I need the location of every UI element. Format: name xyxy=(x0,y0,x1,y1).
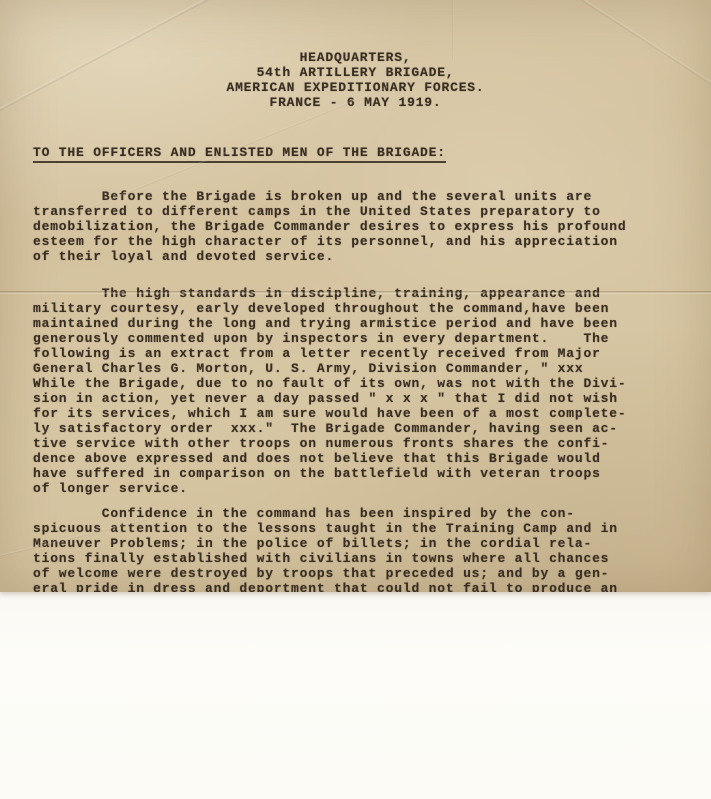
text-line: tive service with other troops on numero… xyxy=(33,436,711,451)
text-line: generously commented upon by inspectors … xyxy=(33,331,711,346)
text-line: military courtesy, early developed throu… xyxy=(33,301,711,316)
text-line: transferred to different camps in the Un… xyxy=(33,204,711,219)
letter-paper: HEADQUARTERS,54th ARTILLERY BRIGADE,AMER… xyxy=(0,0,711,592)
text-line: have suffered in comparison on the battl… xyxy=(33,466,711,481)
text-line: for its services, which I am sure would … xyxy=(33,406,711,421)
text-line: of longer service. xyxy=(33,481,711,496)
salutation-row: TO THE OFFICERS AND ENLISTED MEN OF THE … xyxy=(0,145,711,163)
text-line: The high standards in discipline, traini… xyxy=(33,286,711,301)
scanned-letter: HEADQUARTERS,54th ARTILLERY BRIGADE,AMER… xyxy=(0,0,711,799)
salutation: TO THE OFFICERS AND ENLISTED MEN OF THE … xyxy=(33,145,446,163)
text-line: tions finally established with civilians… xyxy=(33,551,711,566)
text-line: following is an extract from a letter re… xyxy=(33,346,711,361)
text-line: Before the Brigade is broken up and the … xyxy=(33,189,711,204)
text-line: ly satisfactory order xxx." The Brigade … xyxy=(33,421,711,436)
letterhead: HEADQUARTERS,54th ARTILLERY BRIGADE,AMER… xyxy=(0,0,711,110)
paragraph-3: Confidence in the command has been inspi… xyxy=(0,506,711,592)
text-line: Maneuver Problems; in the police of bill… xyxy=(33,536,711,551)
paragraph-1: Before the Brigade is broken up and the … xyxy=(0,189,711,264)
text-line: eral pride in dress and deportment that … xyxy=(33,581,711,592)
text-line: dence above expressed and does not belie… xyxy=(33,451,711,466)
text-line: esteem for the high character of its per… xyxy=(33,234,711,249)
text-line: FRANCE - 6 MAY 1919. xyxy=(0,95,711,110)
text-line: While the Brigade, due to no fault of it… xyxy=(33,376,711,391)
text-line: 54th ARTILLERY BRIGADE, xyxy=(0,65,711,80)
text-line: demobilization, the Brigade Commander de… xyxy=(33,219,711,234)
scanner-backing xyxy=(0,592,711,799)
paragraph-2: The high standards in discipline, traini… xyxy=(0,286,711,496)
text-line: General Charles G. Morton, U. S. Army, D… xyxy=(33,361,711,376)
text-line: of their loyal and devoted service. xyxy=(33,249,711,264)
text-line: sion in action, yet never a day passed "… xyxy=(33,391,711,406)
text-line: maintained during the long and trying ar… xyxy=(33,316,711,331)
text-line: of welcome were destroyed by troops that… xyxy=(33,566,711,581)
text-line: AMERICAN EXPEDITIONARY FORCES. xyxy=(0,80,711,95)
text-line: Confidence in the command has been inspi… xyxy=(33,506,711,521)
text-line: HEADQUARTERS, xyxy=(0,50,711,65)
text-line: spicuous attention to the lessons taught… xyxy=(33,521,711,536)
